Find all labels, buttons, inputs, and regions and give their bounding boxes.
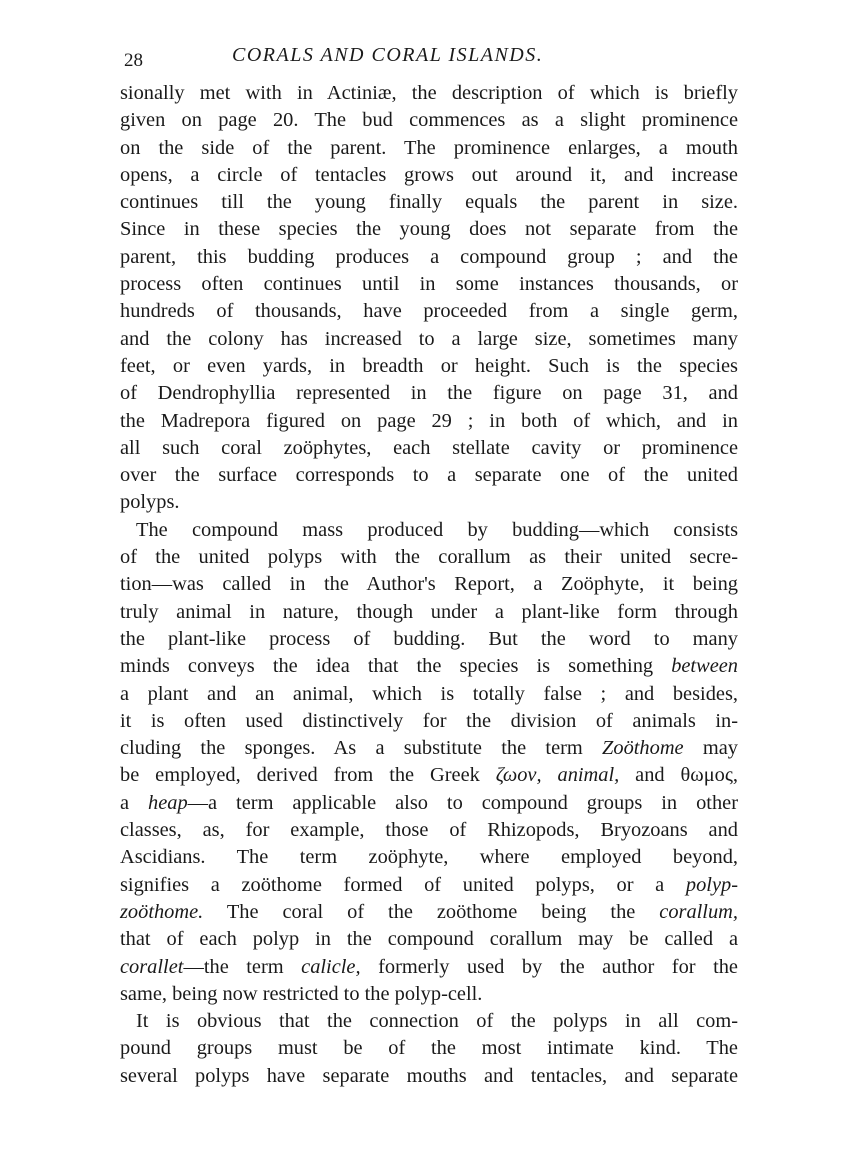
italic-term: corallum, — [659, 901, 738, 923]
text-line: Since in these species the young does no… — [120, 216, 738, 243]
text-line: cluding the sponges. As a substitute the… — [120, 735, 738, 762]
text-line: It is obvious that the connection of the… — [120, 1008, 738, 1035]
italic-term: corallet — [120, 956, 183, 978]
text-line: classes, as, for example, those of Rhizo… — [120, 817, 738, 844]
italic-term: Zoöthome — [602, 737, 684, 759]
italic-term: zoöthome. — [120, 901, 203, 923]
text-line: of Dendrophyllia represented in the figu… — [120, 380, 738, 407]
text-line: several polyps have separate mouths and … — [120, 1063, 738, 1090]
page-number: 28 — [124, 50, 143, 72]
text-line: on the side of the parent. The prominenc… — [120, 135, 738, 162]
text-line: signifies a zoöthome formed of united po… — [120, 872, 738, 899]
italic-term: heap — [148, 792, 188, 814]
text-line: given on page 20. The bud commences as a… — [120, 107, 738, 134]
text-line: Ascidians. The term zoöphyte, where empl… — [120, 844, 738, 871]
italic-term: polyp- — [686, 874, 738, 896]
italic-term: ζωον, animal, — [496, 764, 619, 786]
text-line: all such coral zoöphytes, each stellate … — [120, 435, 738, 462]
text-line: continues till the young finally equals … — [120, 189, 738, 216]
text-line: parent, this budding produces a compound… — [120, 244, 738, 271]
italic-term: calicle, — [301, 956, 360, 978]
text-line: feet, or even yards, in breadth or heigh… — [120, 353, 738, 380]
running-head: 28 CORALS AND CORAL ISLANDS. — [120, 44, 738, 74]
text-line: polyps. — [120, 489, 738, 516]
text-line: a plant and an animal, which is totally … — [120, 681, 738, 708]
book-page: 28 CORALS AND CORAL ISLANDS. sionally me… — [120, 44, 738, 1090]
text-line: the Madrepora figured on page 29 ; in bo… — [120, 408, 738, 435]
body-text: sionally met with in Actiniæ, the descri… — [120, 80, 738, 1090]
text-line: it is often used distinctively for the d… — [120, 708, 738, 735]
text-line: process often continues until in some in… — [120, 271, 738, 298]
text-line: hundreds of thousands, have proceeded fr… — [120, 298, 738, 325]
text-line: the plant-like process of budding. But t… — [120, 626, 738, 653]
text-line: The compound mass produced by budding—wh… — [120, 517, 738, 544]
text-line: a heap—a term applicable also to compoun… — [120, 790, 738, 817]
text-line: and the colony has increased to a large … — [120, 326, 738, 353]
text-line: truly animal in nature, though under a p… — [120, 599, 738, 626]
text-line: zoöthome. The coral of the zoöthome bein… — [120, 899, 738, 926]
italic-term: between — [671, 655, 738, 677]
text-line: minds conveys the idea that the species … — [120, 653, 738, 680]
text-line: be employed, derived from the Greek ζωον… — [120, 762, 738, 789]
text-line: over the surface corresponds to a separa… — [120, 462, 738, 489]
text-line: corallet—the term calicle, formerly used… — [120, 954, 738, 981]
running-title: CORALS AND CORAL ISLANDS. — [232, 44, 543, 67]
text-line: pound groups must be of the most intimat… — [120, 1035, 738, 1062]
text-line: same, being now restricted to the polyp-… — [120, 981, 738, 1008]
text-line: of the united polyps with the corallum a… — [120, 544, 738, 571]
text-line: tion—was called in the Author's Report, … — [120, 571, 738, 598]
text-line: that of each polyp in the compound coral… — [120, 926, 738, 953]
text-line: sionally met with in Actiniæ, the descri… — [120, 80, 738, 107]
text-line: opens, a circle of tentacles grows out a… — [120, 162, 738, 189]
